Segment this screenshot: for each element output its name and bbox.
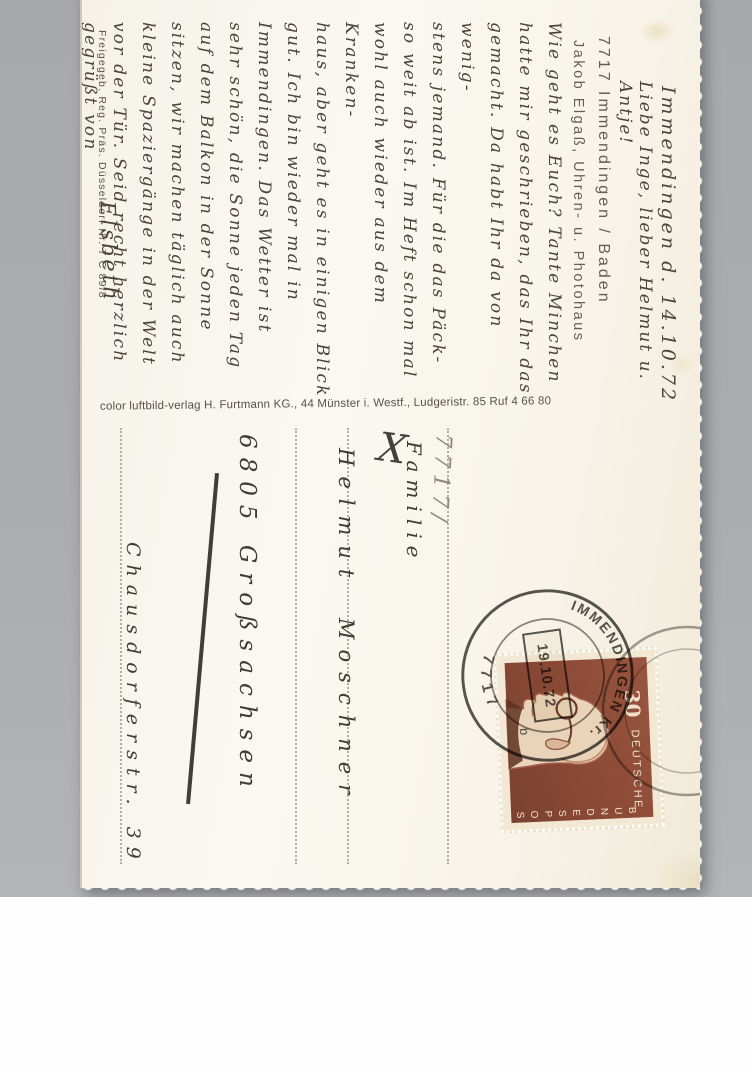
address-line-street: Chausdorferstr. 39	[122, 542, 144, 876]
svg-text:7717: 7717	[473, 651, 505, 716]
postmark-letter: b	[517, 727, 532, 736]
scan-white-margin	[0, 897, 752, 1072]
handwritten-message: Wie geht es Euch? Tante Minchen hatte mi…	[132, 22, 568, 398]
handwritten-sorting-code: 7717/	[421, 433, 455, 614]
stamp-text-bundespost: BUNDESPOST	[497, 805, 637, 822]
address-line-familie: Familie	[402, 441, 426, 591]
postcard-photo: 7717 Immendingen / Baden Jakob Elgaß, Uh…	[0, 0, 752, 1072]
postmark: IMMENDINGEN Kr. 7717 19.10.72 b	[455, 583, 640, 768]
address-ruling-line	[295, 428, 297, 864]
printed-header-line2: Jakob Elgaß, Uhren- u. Photohaus	[570, 40, 586, 388]
printed-header-line1: 7717 Immendingen / Baden	[594, 36, 612, 336]
handwritten-dateline: Immendingen d. 14.10.72	[657, 86, 679, 408]
address-line-city: 6805 Großsachsen	[234, 434, 260, 804]
postcard-back: 7717 Immendingen / Baden Jakob Elgaß, Uh…	[80, 0, 700, 888]
address-city-underline	[186, 473, 219, 804]
postcard: 7717 Immendingen / Baden Jakob Elgaß, Uh…	[80, 0, 700, 888]
postmark-plz: 7717	[473, 651, 505, 716]
handwritten-message-first-line: Liebe Inge, lieber Helmut u. Antje!	[615, 81, 655, 416]
handwritten-signature: Elsbeth	[96, 201, 125, 342]
address-line-name: Helmut Moschner	[334, 448, 358, 818]
